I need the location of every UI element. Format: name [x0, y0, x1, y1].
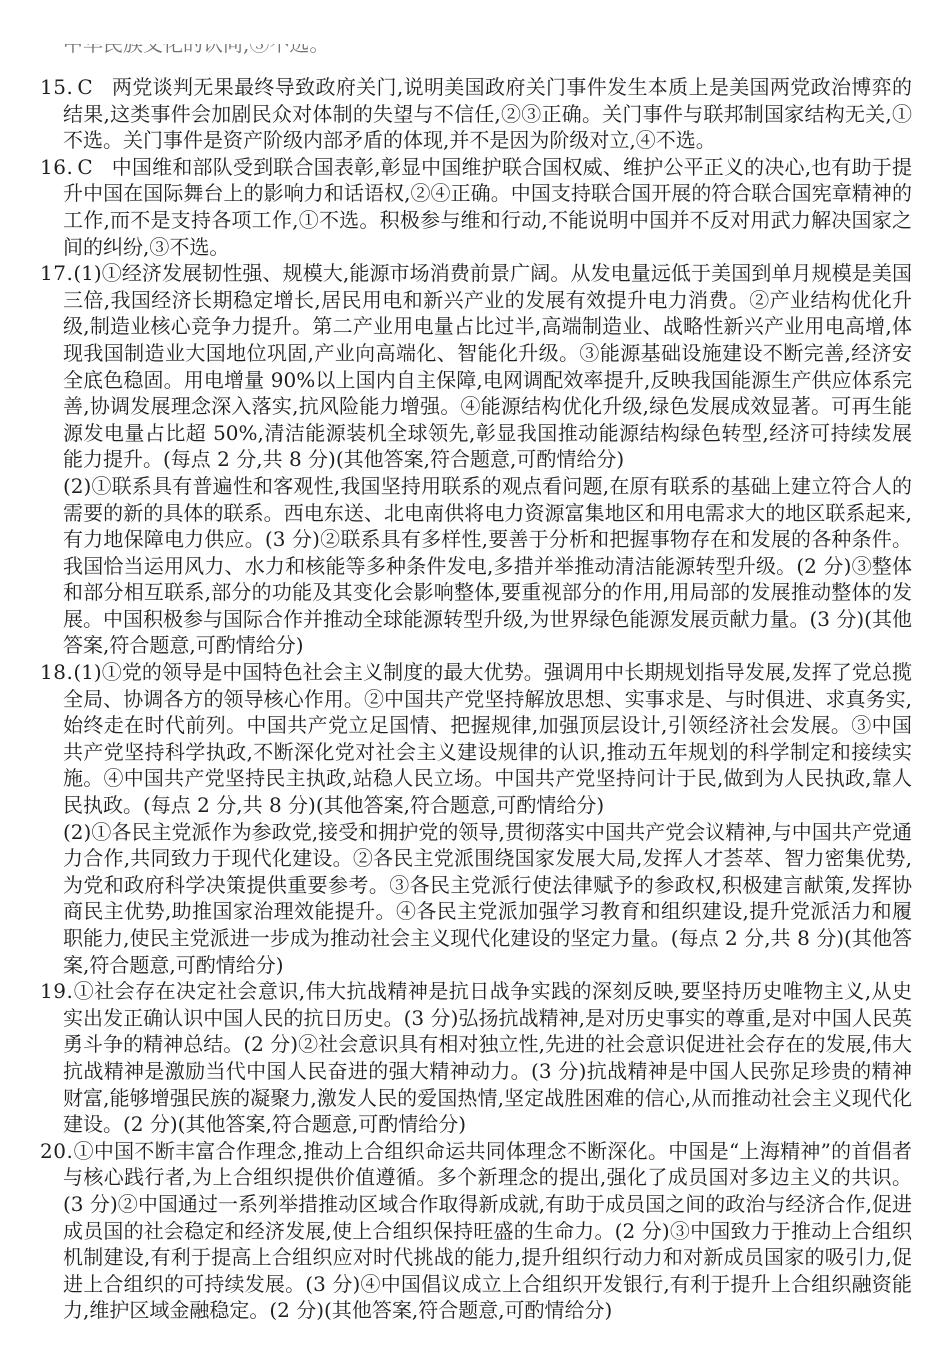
answer-item-19: 19.①社会存在决定社会意识,伟大抗战精神是抗日战争实践的深刻反映,要坚持历史唯…: [40, 978, 912, 1138]
question-number: 19.: [40, 979, 73, 1003]
answer-item-15: 15.C两党谈判无果最终导致政府关门,说明美国政府关门事件发生本质上是美国两党政…: [40, 74, 912, 154]
choice-letter: C: [77, 75, 92, 99]
question-number: 18.: [40, 660, 73, 684]
answer-item-20: 20.①中国不断丰富合作理念,推动上合组织命运共同体理念不断深化。中国是“上海精…: [40, 1138, 912, 1324]
answer-explanation: (1)①党的领导是中国特色社会主义制度的最大优势。强调用中长期规划指导发展,发挥…: [63, 660, 912, 817]
clipped-top-line-text: 中华民族文化的认同,③不选。: [63, 44, 329, 56]
answer-explanation: (2)①联系具有普遍性和客观性,我国坚持用联系的观点看问题,在原有联系的基础上建…: [63, 474, 912, 658]
choice-letter: C: [77, 155, 92, 179]
answer-explanation: 两党谈判无果最终导致政府关门,说明美国政府关门事件发生本质上是美国两党政治博弈的…: [63, 75, 912, 152]
answer-list: 15.C两党谈判无果最终导致政府关门,说明美国政府关门事件发生本质上是美国两党政…: [40, 74, 912, 1324]
answer-item-17-part2: (2)①联系具有普遍性和客观性,我国坚持用联系的观点看问题,在原有联系的基础上建…: [40, 473, 912, 659]
answer-explanation: (2)①各民主党派作为参政党,接受和拥护党的领导,贯彻落实中国共产党会议精神,与…: [63, 820, 912, 977]
answer-item-16: 16.C中国维和部队受到联合国表彰,彰显中国维护联合国权威、维护公平正义的决心,…: [40, 154, 912, 260]
answer-explanation: (1)①经济发展韧性强、规模大,能源市场消费前景广阔。从发电量远低于美国到单月规…: [63, 261, 912, 471]
answer-key-page: 中华民族文化的认同,③不选。 15.C两党谈判无果最终导致政府关门,说明美国政府…: [0, 0, 950, 1350]
answer-explanation: ①中国不断丰富合作理念,推动上合组织命运共同体理念不断深化。中国是“上海精神”的…: [63, 1139, 912, 1323]
question-number: 16.: [40, 155, 73, 179]
answer-item-17-part1: 17.(1)①经济发展韧性强、规模大,能源市场消费前景广阔。从发电量远低于美国到…: [40, 260, 912, 473]
question-number: 20.: [40, 1139, 73, 1163]
answer-explanation: 中国维和部队受到联合国表彰,彰显中国维护联合国权威、维护公平正义的决心,也有助于…: [63, 155, 912, 259]
clipped-top-line: 中华民族文化的认同,③不选。: [63, 44, 763, 59]
question-number: 17.: [40, 261, 73, 285]
answer-explanation: ①社会存在决定社会意识,伟大抗战精神是抗日战争实践的深刻反映,要坚持历史唯物主义…: [63, 979, 912, 1136]
answer-item-18-part1: 18.(1)①党的领导是中国特色社会主义制度的最大优势。强调用中长期规划指导发展…: [40, 659, 912, 819]
answer-item-18-part2: (2)①各民主党派作为参政党,接受和拥护党的领导,贯彻落实中国共产党会议精神,与…: [40, 819, 912, 979]
question-number: 15.: [40, 75, 73, 99]
